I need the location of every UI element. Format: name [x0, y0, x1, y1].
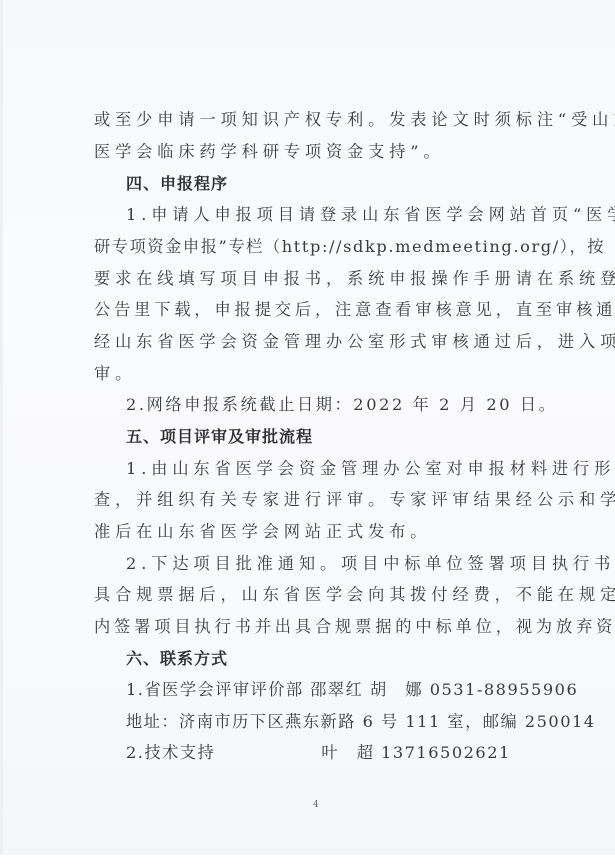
page-number: 4 [313, 800, 319, 810]
contact-line-review-dept: 1.省医学会评审评价部 邵翠红 胡 娜 0531-88955906 [126, 680, 576, 700]
paragraph-line: 要求在线填写项目申报书，系统申报操作手册请在系统登录页 [94, 269, 544, 289]
paragraph-line: 1.申请人申报项目请登录山东省医学会网站首页“医学科 [126, 205, 576, 225]
paragraph-line: 1.由山东省医学会资金管理办公室对申报材料进行形式审 [126, 459, 576, 479]
paragraph-line: 审。 [94, 364, 544, 384]
section-heading-application-procedure: 四、申报程序 [126, 174, 576, 194]
paragraph-line: 具合规票据后，山东省医学会向其拨付经费，不能在规定时间 [94, 585, 544, 605]
paragraph-line: 内签署项目执行书并出具合规票据的中标单位，视为放弃资格。 [94, 617, 544, 637]
paragraph-line: 查，并组织有关专家进行评审。专家评审结果经公示和学会批 [94, 490, 544, 510]
document-page: 或至少申请一项知识产权专利。发表论文时须标注“受山东省 医学会临床药学科研专项资… [0, 0, 615, 855]
paragraph-line-deadline: 2.网络申报系统截止日期：2022 年 2 月 20 日。 [126, 395, 576, 415]
section-heading-review-process: 五、项目评审及审批流程 [126, 427, 576, 447]
contact-line-address: 地址：济南市历下区燕东新路 6 号 111 室，邮编 250014 [126, 712, 576, 732]
paragraph-line-with-url: 研专项资金申报”专栏（http://sdkp.medmeeting.org/），… [94, 237, 544, 257]
paragraph-line: 准后在山东省医学会网站正式发布。 [94, 522, 544, 542]
paragraph-line: 2.下达项目批准通知。项目中标单位签署项目执行书并出 [126, 554, 576, 574]
paragraph-line: 经山东省医学会资金管理办公室形式审核通过后，进入项目评 [94, 332, 544, 352]
page-bottom-margin [0, 855, 615, 867]
paragraph-line: 公告里下载，申报提交后，注意查看审核意见，直至审核通过。 [94, 300, 544, 320]
paragraph-line: 或至少申请一项知识产权专利。发表论文时须标注“受山东省 [94, 110, 544, 130]
section-heading-contact: 六、联系方式 [126, 649, 576, 669]
contact-line-tech-support: 2.技术支持 叶 超 13716502621 [126, 743, 576, 763]
paragraph-line: 医学会临床药学科研专项资金支持”。 [94, 142, 544, 162]
